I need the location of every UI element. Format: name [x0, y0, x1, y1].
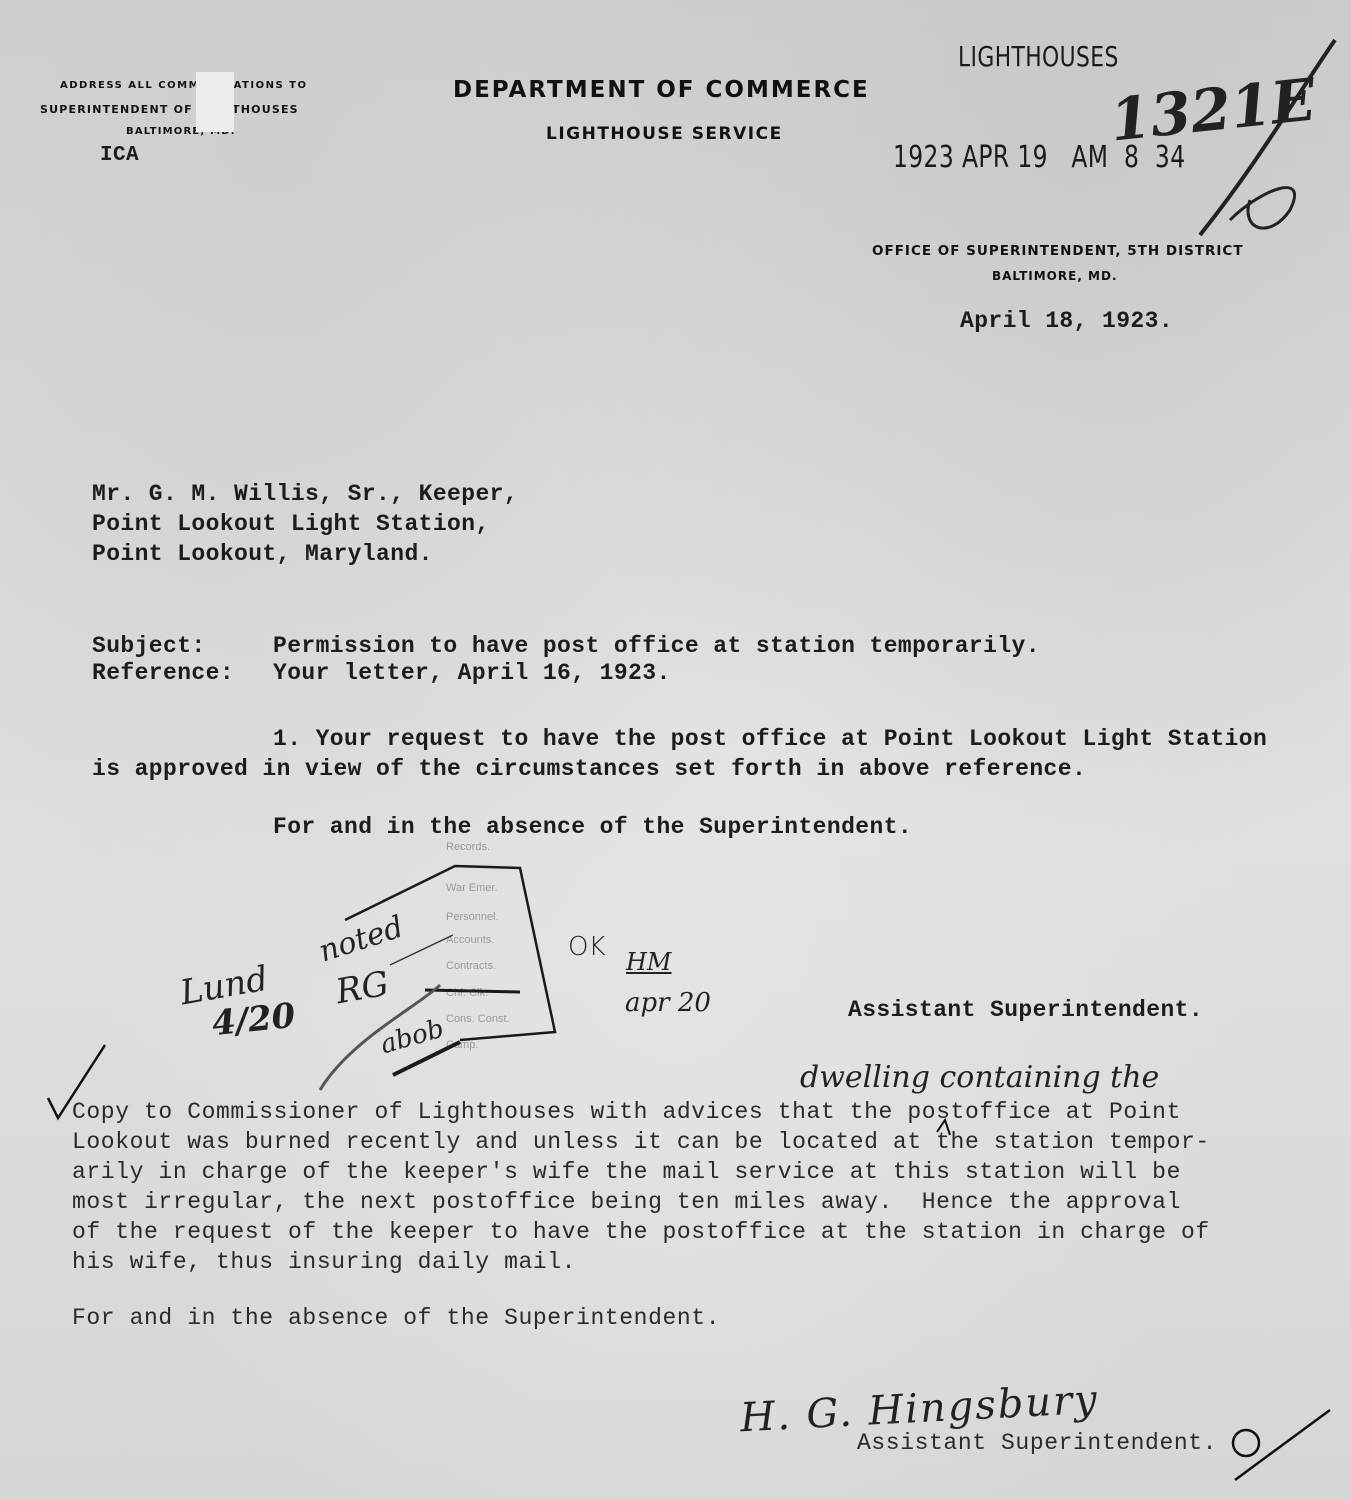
routing-item: Accounts.: [446, 920, 536, 946]
para1-line-2: is approved in view of the circumstances…: [92, 756, 1086, 782]
routing-item: Contracts.: [446, 946, 536, 973]
routing-item: Camp.: [446, 1025, 536, 1051]
annotation-abob: abob: [377, 1014, 447, 1061]
handwritten-file-number: 1321E: [1107, 65, 1319, 154]
recipient-line-3: Point Lookout, Maryland.: [92, 539, 518, 569]
signature-title: Assistant Superintendent.: [848, 997, 1203, 1023]
signature-slash: [1235, 1410, 1330, 1480]
subject-label: Subject:: [92, 633, 206, 659]
file-code: ICA: [100, 144, 139, 167]
address-line-3: BALTIMORE, MD.: [126, 126, 236, 137]
routing-item: Cons. Const.: [446, 999, 536, 1025]
routing-item: Personnel.: [446, 897, 536, 920]
annotation-ok: OK: [568, 932, 606, 962]
flourish-loop: [1230, 188, 1295, 229]
routing-item: War Emer.: [446, 868, 536, 897]
office-line-1: OFFICE OF SUPERINTENDENT, 5TH DISTRICT: [872, 243, 1244, 259]
address-line-2: SUPERINTENDENT OF LIGHTHOUSES: [40, 103, 299, 116]
service-title: LIGHTHOUSE SERVICE: [546, 124, 783, 144]
recipient-line-2: Point Lookout Light Station,: [92, 509, 518, 539]
initial-mark: [1233, 1430, 1259, 1456]
recipient-block: Mr. G. M. Willis, Sr., Keeper, Point Loo…: [92, 479, 518, 569]
copy-note-line-4: most irregular, the next postoffice bein…: [72, 1187, 1210, 1217]
annotation-rg: RG: [333, 964, 392, 1013]
copy-signature-title: Assistant Superintendent.: [857, 1430, 1217, 1456]
copy-note-closing: For and in the absence of the Superinten…: [72, 1305, 720, 1331]
routing-slip: Records. War Emer. Personnel. Accounts. …: [446, 838, 536, 1051]
office-line-2: BALTIMORE, MD.: [992, 269, 1118, 283]
reference-label: Reference:: [92, 660, 234, 686]
letter-date: April 18, 1923.: [960, 308, 1173, 334]
copy-note-line-1: Copy to Commissioner of Lighthouses with…: [72, 1097, 1210, 1127]
address-line-1: ADDRESS ALL COMMUNICATIONS TO: [60, 80, 307, 91]
reference-value: Your letter, April 16, 1923.: [273, 660, 671, 686]
annotation-date: 4/20: [210, 996, 297, 1044]
copy-note-line-2: Lookout was burned recently and unless i…: [72, 1127, 1210, 1157]
routing-item: Chf. Clk.: [446, 973, 536, 999]
copy-note-line-3: arily in charge of the keeper's wife the…: [72, 1157, 1210, 1187]
recipient-line-1: Mr. G. M. Willis, Sr., Keeper,: [92, 479, 518, 509]
department-title: DEPARTMENT OF COMMERCE: [453, 77, 870, 103]
annotation-hm: HM: [626, 948, 672, 976]
subject-value: Permission to have post office at statio…: [273, 633, 1040, 659]
annotation-noted: noted: [315, 910, 408, 970]
closing-line: For and in the absence of the Superinten…: [273, 814, 912, 840]
routing-item: Records.: [446, 838, 536, 868]
copy-note-line-5: of the request of the keeper to have the…: [72, 1217, 1210, 1247]
stamp-agency: LIGHTHOUSES: [958, 40, 1119, 73]
para1-line-1: 1. Your request to have the post office …: [273, 726, 1267, 752]
annotation-apr20: apr 20: [625, 988, 711, 1018]
copy-note-line-6: his wife, thus insuring daily mail.: [72, 1247, 1210, 1277]
annotation-insertion: dwelling containing the: [800, 1060, 1159, 1095]
copy-note: Copy to Commissioner of Lighthouses with…: [72, 1097, 1210, 1277]
